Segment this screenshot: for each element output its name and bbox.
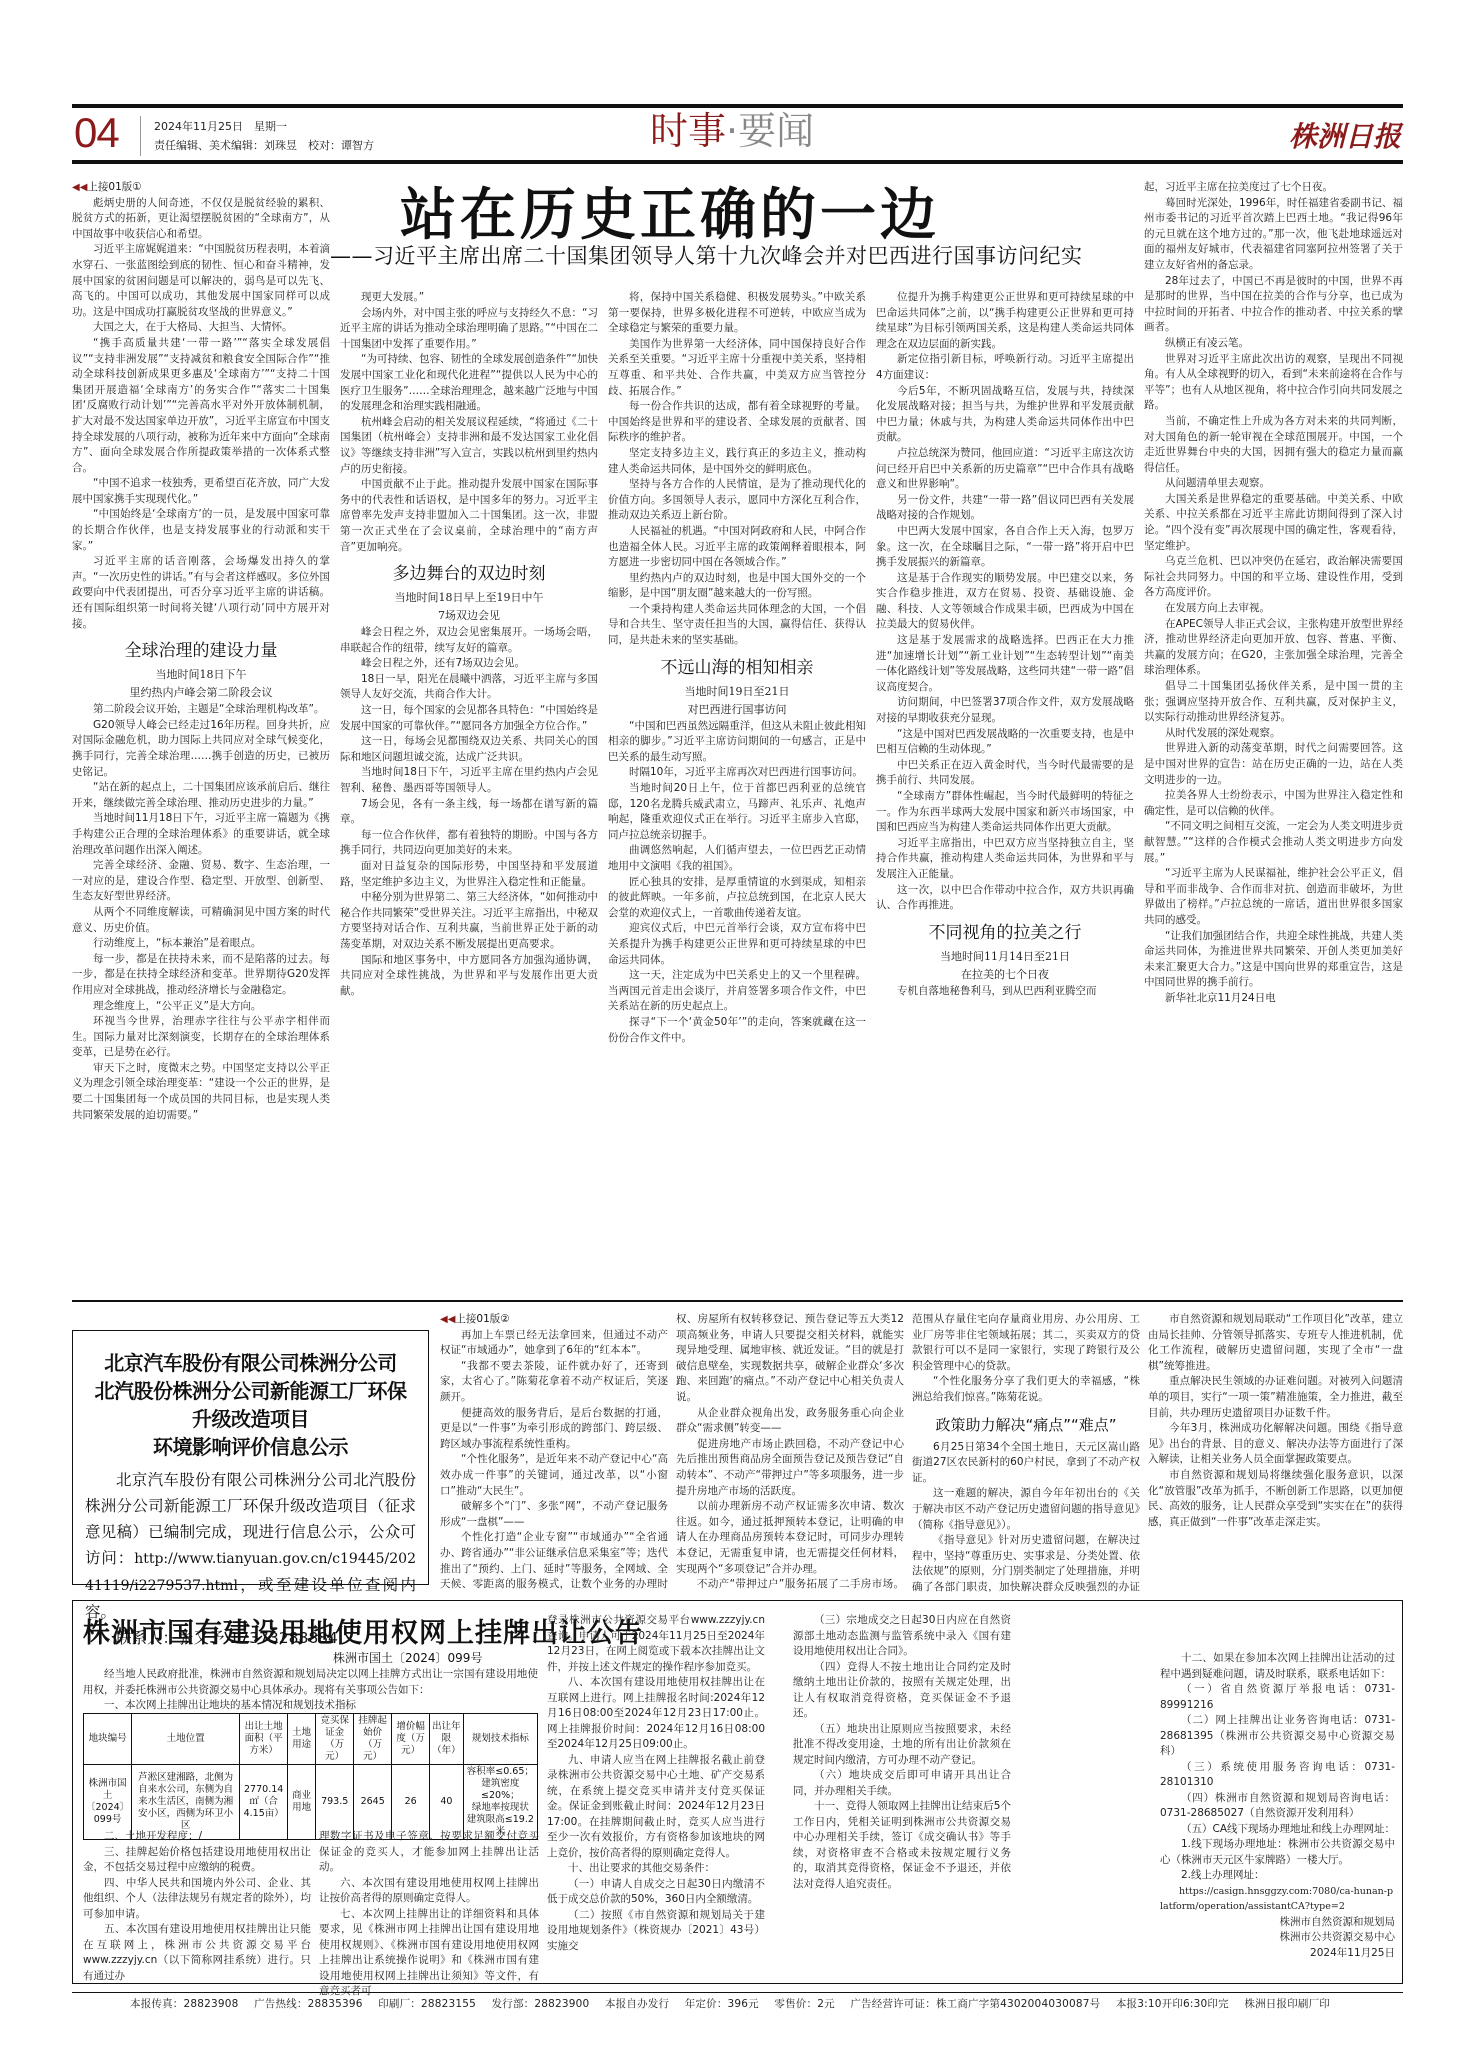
paragraph: 第二阶段会议开始，主题是“全球治理机构改革”。 — [72, 702, 330, 718]
paragraph: 权、房屋所有权转移登记、预告登记等五大类12项高频业务，申请人只要提交相关材料，… — [676, 1312, 904, 1406]
paragraph: 环视当今世界，治理赤字往往与公平赤字相伴而生。国际力量对比深刻演变，长期存在的全… — [72, 1014, 330, 1061]
paragraph: 个性化打造“企业专窗”“市域通办”“全省通办、跨省通办”“非公证继承信息采集室”… — [440, 1530, 668, 1592]
land-notice-column-3: 登录株洲市公共资源交易平台www.zzzyjy.cn查询。申请人可于2024年1… — [547, 1613, 765, 1978]
signoff-date: 2024年11月25日 — [1160, 1946, 1395, 1962]
paragraph: 这一难题的解决，源自今年年初出台的《关于解决市区不动产登记历史遗留问题的指导意见… — [912, 1486, 1140, 1533]
paragraph: 每一步，都是在扶持未来，而不是陷落的过去。每一步，都是在扶持全球经济和变革。世界… — [72, 952, 330, 999]
section-title-dot: · — [726, 109, 738, 153]
paragraph: 从时代发展的深处观察。 — [1144, 726, 1403, 742]
paragraph: 从企业群众视角出发，政务服务重心向企业群众“需求侧”转变—— — [676, 1406, 904, 1437]
land-notice-column-1: 二、土地开发程度：/ 三、挂牌起始价格包括建设用地使用权出让金，不包括交易过程中… — [83, 1829, 311, 1984]
second-article-column-4: 市自然资源和规划局联动“工作项目化”改革，建立由局长挂帅、分管领导抓落实、专班专… — [1148, 1312, 1403, 1592]
article-column-3: 将，保持中国关系稳健、积极发展势头。”中欧关系第一要保持，世界多极化进程不可逆转… — [608, 290, 866, 1295]
paragraph: 当地时间18日下午，习近平主席在里约热内卢会见智利、秘鲁、墨西哥等国领导人。 — [340, 765, 598, 796]
paragraph: 人民福祉的机遇。“中国对阿政府和人民，中阿合作也造福全体人民。习近平主席的政策阐… — [608, 524, 866, 571]
paragraph: 中巴关系正在迈入黄金时代，当今时代最需要的是携手前行、共同发展。 — [876, 758, 1134, 789]
paragraph: 从两个不同维度解读，可精确洞见中国方案的时代意义、历史价值。 — [72, 905, 330, 936]
second-article-column-1: ◀◀上接01版② 再加上车票已经无法拿回来，但通过不动产权证“市域通办”，她拿到… — [440, 1312, 668, 1592]
dateline: 当地时间11月14日至21日 — [876, 948, 1134, 966]
second-article-column-3: 范围从存量住宅向存量商业用房、办公用房、工业厂房等非住宅领域拓展；其二，买卖双方… — [912, 1312, 1140, 1592]
column-header: 增价幅度（万元） — [392, 1714, 430, 1765]
footer-self-distribution: 本报自办发行 — [605, 1998, 669, 2010]
column-header: 土地用途 — [288, 1714, 316, 1765]
paragraph: 探寻“下一个‘黄金50年’”的走向，答案就藏在这一份份合作文件中。 — [608, 1015, 866, 1046]
paragraph: （二）按照《市自然资源和规划局关于建设用地规划条件》（株资规办〔2021〕43号… — [547, 1908, 765, 1955]
paragraph: “中国不追求一枝独秀，更希望百花齐放，同广大发展中国家携手实现现代化。” — [72, 476, 330, 507]
paragraph: （五）CA线下现场办理地址和线上办理网址： — [1160, 1822, 1395, 1838]
paragraph: 在APEC领导人非正式会议，主张构建开放型世界经济，推动世界经济走向更加开放、包… — [1144, 617, 1403, 679]
paragraph: 习近平主席指出，中巴双方应当坚持独立自主，坚持合作共赢，推动构建人类命运共同体，… — [876, 836, 1134, 883]
notice-title-line2: 北汽股份株洲分公司新能源工厂环保升级改造项目 — [85, 1377, 416, 1433]
paragraph: 访问期间，中巴签署37项合作文件，双方发展战略对接的早期收获充分显现。 — [876, 695, 1134, 726]
masthead-meta: 2024年11月25日 星期一 责任编辑、美术编辑：刘珠昱 校对：谭智方 — [154, 117, 374, 155]
land-notice-doc-number: 株洲市国土〔2024〕099号 — [333, 1649, 482, 1666]
paragraph: 习近平主席的话音刚落，会场爆发出持久的掌声。“一次历史性的讲话。”有与会者这样感… — [72, 554, 330, 632]
paragraph: （一）申请人自成交之日起30日内缴清不低于成交总价款的50%，360日内全额缴清… — [547, 1877, 765, 1908]
paragraph: 18日一早，阳光在晨曦中洒落，习近平主席与多国领导人友好交流，共商合作大计。 — [340, 672, 598, 703]
column-header: 出让土地面积（平方米） — [240, 1714, 288, 1765]
paragraph: 这一日，每场会见都围绕双边关系、共同关心的国际和地区问题坦诚交流，达成广泛共识。 — [340, 734, 598, 765]
contact-phone-2: （二）网上挂牌出让业务咨询电话：0731-28681395（株洲市公共资源交易中… — [1160, 1713, 1395, 1760]
paragraph: 今年3月，株洲成功化解解决问题。围绕《指导意见》出台的背景、目的意义、解决办法等… — [1148, 1421, 1403, 1468]
paragraph: 面对日益复杂的国际形势，中国坚持和平发展道路，坚定维护多边主义，为世界注入稳定性… — [340, 859, 598, 890]
paragraph: 再加上车票已经无法拿回来，但通过不动产权证“市域通办”，她拿到了6年的“红本本”… — [440, 1328, 668, 1359]
paragraph: 这一日，每个国家的会见都各具特色：“中国始终是发展中国家的可靠伙伴。”“愿同各方… — [340, 703, 598, 734]
paragraph: 时隔10年，习近平主席再次对巴西进行国事访问。 — [608, 765, 866, 781]
section-subhead: 不同视角的拉美之行 — [876, 922, 1134, 944]
article-column-4: 位提升为携手构建更公正世界和更可持续星球的中巴命运共同体”之前，以“携手构建更公… — [876, 290, 1134, 1295]
signoff-bureau: 株洲市自然资源和规划局 — [1160, 1915, 1395, 1931]
column-header: 竞买保证金（万元） — [316, 1714, 354, 1765]
paragraph: 这是基于合作现实的顺势发展。中巴建交以来，务实合作稳步推进，双方在贸易、投资、基… — [876, 571, 1134, 633]
editors-line: 责任编辑、美术编辑：刘珠昱 校对：谭智方 — [154, 136, 374, 155]
masthead-separator — [140, 116, 141, 156]
paragraph: （四）竞得人不按土地出让合同约定及时缴纳土地出让价款的，按照有关规定处理，出让人… — [793, 1660, 1011, 1722]
section-subhead: 全球治理的建设力量 — [72, 640, 330, 662]
paragraph: 大国之大，在于大格局、大担当、大情怀。 — [72, 320, 330, 336]
section-title: 一、本次网上挂牌出让地块的基本情况和规划技术指标 — [83, 1698, 538, 1714]
paragraph: 坚持与各方合作的人民情谊，是为了推动现代化的价值方向。多国领导人表示，愿同中方深… — [608, 477, 866, 524]
paragraph: 会场内外，对中国主张的呼应与支持经久不息：“习近平主席的讲话为推动全球治理明确了… — [340, 306, 598, 353]
article-column-2: 现更大发展。” 会场内外，对中国主张的呼应与支持经久不息：“习近平主席的讲话为推… — [340, 290, 598, 1295]
paragraph: 将，保持中国关系稳健、积极发展势头。”中欧关系第一要保持，世界多极化进程不可逆转… — [608, 290, 866, 337]
dateline-event: 里约热内卢峰会第二阶段会议 — [72, 684, 330, 702]
paragraph: 世界进入新的动荡变革期，时代之问需要回答。这是中国对世界的宣告：站在历史正确的一… — [1144, 741, 1403, 788]
paragraph: 一个秉持构建人类命运共同体理念的大国，一个倡导和合共生、坚守责任担当的大国，赢得… — [608, 602, 866, 649]
column-header: 规划技术指标 — [463, 1714, 537, 1765]
paragraph: 登录株洲市公共资源交易平台www.zzzyjy.cn查询。申请人可于2024年1… — [547, 1613, 765, 1675]
paragraph: 完善全球经济、金融、贸易、数字、生态治理，一一对应的是，建设合作型、稳定型、开放… — [72, 858, 330, 905]
paper-logo: 株洲日报 — [1289, 115, 1401, 155]
jump-arrow-icon: ◀◀ — [72, 182, 87, 193]
paragraph: 四、中华人民共和国境内外公司、企业、其他组织、个人（法律法规另有规定者的除外），… — [83, 1876, 311, 1923]
paragraph: 十二、如果在参加本次网上挂牌出让活动的过程中遇到疑难问题，请及时联系，联系电话如… — [1160, 1651, 1395, 1682]
environmental-notice-box: 北京汽车股份有限公司株洲分公司 北汽股份株洲分公司新能源工厂环保升级改造项目 环… — [72, 1330, 429, 1585]
paragraph: 七、本次网上挂牌出让的详细资料和具体要求，见《株洲市网上挂牌出让国有建设用地使用… — [319, 1907, 539, 2000]
paragraph: 十一、竞得人领取网上挂牌出让结束后5个工作日内，凭相关证明到株洲市公共资源交易中… — [793, 1799, 1011, 1892]
paragraph: “这是中国对巴西发展战略的一次重要支持，也是中巴相互信赖的生动体现。” — [876, 727, 1134, 758]
footer-printer: 株洲日报印刷厂印 — [1244, 1998, 1330, 2010]
paragraph: 当地时间11月18日下午，习近平主席一篇题为《携手构建公正合理的全球治理体系》的… — [72, 811, 330, 858]
dateline-event: 对巴西进行国事访问 — [608, 701, 866, 719]
paragraph: 中秘分别为世界第二、第三大经济体，“如何推动中秘合作共同繁荣”受世界关注。习近平… — [340, 890, 598, 952]
section-title-part2: 要闻 — [738, 109, 814, 153]
jump-from-label: ◀◀上接01版① — [72, 180, 330, 196]
dateline-event: 7场双边会见 — [340, 607, 598, 625]
paragraph: “习近平主席为人民谋福祉，维护社会公平正义，倡导和平而非战争、合作而非对抗、创造… — [1144, 866, 1403, 928]
footer-ad-hotline: 广告热线：28835396 — [254, 1998, 363, 2010]
paragraph: 理念维度上，“公平正义”是大方向。 — [72, 999, 330, 1015]
footer-ad-license: 广告经营许可证：株工商广字第4302004030087号 — [850, 1998, 1100, 2010]
column-header: 土地位置 — [132, 1714, 240, 1765]
paragraph: 拉美各界人士纷纷表示，中国为世界注入稳定性和确定性，是可以信赖的伙伴。 — [1144, 788, 1403, 819]
paragraph: 经当地人民政府批准，株洲市自然资源和规划局决定以网上挂牌方式出让一宗国有建设用地… — [83, 1667, 538, 1698]
land-notice-column-4: （三）宗地成交之日起30日内应在自然资源部土地动态监测与监管系统中录入《国有建设… — [793, 1613, 1011, 1978]
column-header: 挂牌起始价（万元） — [354, 1714, 392, 1765]
paragraph: 行动维度上，“标本兼治”是着眼点。 — [72, 936, 330, 952]
paragraph: 中国贡献不止于此。推动提升发展中国家在国际事务中的代表性和话语权，是中国多年的努… — [340, 477, 598, 555]
paragraph: 每一份合作共识的达成，都有着全球视野的考量。中国始终是世界和平的建设者、全球发展… — [608, 399, 866, 446]
main-subheadline: ——习近平主席出席二十国集团领导人第十九次峰会并对巴西进行国事访问纪实 — [330, 246, 1083, 267]
section-title-part1: 时事 — [650, 109, 726, 153]
page-number: 04 — [74, 112, 119, 154]
column-header: 地块编号 — [84, 1714, 132, 1765]
issue-date: 2024年11月25日 星期一 — [154, 117, 374, 136]
jump-from-label: ◀◀上接01版② — [440, 1312, 668, 1328]
masthead-top-rule — [72, 104, 1403, 108]
contact-phone-4: （四）株洲市自然资源和规划局咨询电话：0731-28685027（自然资源开发利… — [1160, 1791, 1395, 1822]
paragraph: 这一次，以中巴合作带动中拉合作，双方共识再确认、合作再推进。 — [876, 883, 1134, 914]
paragraph: 破解多个“门”、多张“网”，不动产登记服务形成“一盘棋”—— — [440, 1499, 668, 1530]
land-parcel-table: 地块编号 土地位置 出让土地面积（平方米） 土地用途 竞买保证金（万元） 挂牌起… — [83, 1713, 538, 1840]
paragraph: “携手高质量共建‘一带一路’”“落实全球发展倡议”“支持非洲发展”“支持减贫和粮… — [72, 336, 330, 476]
paragraph: 五、本次国有建设用地使用权挂牌出让只能在互联网上，株洲市公共资源交易平台www.… — [83, 1922, 311, 1984]
paragraph: 以前办理新房不动产权证需多次申请、数次往返。如今，通过抵押预转本登记，让明确的申… — [676, 1499, 904, 1577]
ca-platform-url-link[interactable]: https://casign.hnsggzy.com:7080/ca-hunan… — [1160, 1884, 1395, 1915]
paragraph: 十、出让要求的其他交易条件： — [547, 1861, 765, 1877]
paragraph: 现更大发展。” — [340, 290, 598, 306]
paragraph: 纵横正有凌云笔。 — [1144, 336, 1403, 352]
dateline: 当地时间18日下午 — [72, 666, 330, 684]
column-header: 出让年限（年） — [430, 1714, 464, 1765]
dateline: 当地时间18日早上至19日中午 — [340, 589, 598, 607]
paragraph: 在发展方向上去审视。 — [1144, 601, 1403, 617]
paragraph: 坚定支持多边主义，践行真正的多边主义，推动构建人类命运共同体，是中国外交的鲜明底… — [608, 446, 866, 477]
paragraph: “站在新的起点上，二十国集团应该承前启后、继往开来，继续做完善全球治理、推动历史… — [72, 780, 330, 811]
footer: 本报传真：28823908 广告热线：28835396 印刷厂：28823155… — [130, 1996, 1342, 2011]
main-headline: 站在历史正确的一边 — [400, 188, 940, 244]
paragraph: 卢拉总统深为赞同，他回应道：“习近平主席这次访问已经开启巴中关系新的历史篇章”“… — [876, 446, 1134, 493]
paragraph: 习近平主席娓娓道来：“中国脱贫历程表明，本着滴水穿石、一张蓝图绘到底的韧性、恒心… — [72, 242, 330, 320]
paragraph: 7场会见，各有一条主线，每一场都在谱写新的篇章。 — [340, 797, 598, 828]
notice-title-line1: 北京汽车股份有限公司株洲分公司 — [85, 1349, 416, 1377]
paragraph: 中巴两大发展中国家，各自合作上天入海，包罗万象。这一次，在全球瞩目之际，“一带一… — [876, 524, 1134, 571]
paragraph: 杭州峰会启动的相关发展议程延续，“将通过《二十国集团（杭州峰会）支持非洲和最不发… — [340, 415, 598, 477]
footer-rule — [72, 1992, 1403, 1993]
paragraph: 匠心独具的安排，是厚重情谊的水到渠成，知相亲的彼此辉映。一年多前，卢拉总统到国，… — [608, 875, 866, 922]
footer-annual-price: 年定价：396元 — [685, 1998, 759, 2010]
paragraph: 六、本次国有建设用地使用权网上挂牌出让按价高者得的原则确定竞得人。 — [319, 1876, 539, 1907]
paragraph: 彪炳史册的人间奇迹，不仅仅是脱贫经验的累积、脱贫方式的拓新，更让渴望摆脱贫困的“… — [72, 196, 330, 243]
land-notice-column-2: 理数字证书及电子签章、按要求足额交付竞买保证金的竞买人，才能参加网上挂牌出让活动… — [319, 1829, 539, 2000]
paragraph: 九、申请人应当在网上挂牌报名截止前登录株洲市公共资源交易中心土地、矿产交易系统，… — [547, 1753, 765, 1862]
section-subhead: 多边舞台的双边时刻 — [340, 563, 598, 585]
paragraph: 《指导意见》针对历史遗留问题，在解决过程中，坚持“尊重历史、实事求是、分类处置、… — [912, 1533, 1140, 1592]
footer-printing-plant: 印刷厂：28823155 — [378, 1998, 476, 2010]
paragraph: “个性化服务”，是近年来不动产登记中心“高效办成一件事”的关键词，通过改革，以“… — [440, 1452, 668, 1499]
paragraph: “个性化服务分享了我们更大的幸福感，“株洲总给我们惊喜。”陈菊花说。 — [912, 1374, 1140, 1405]
paragraph: 专机自落地秘鲁利马，到从巴西利亚腾空而 — [876, 984, 1134, 1000]
paragraph: 另一份文件，共建“一带一路”倡议同巴西有关发展战略对接的合作规划。 — [876, 493, 1134, 524]
contact-phone-1: （一）省自然资源厅举报电话：0731-89991216 — [1160, 1682, 1395, 1713]
paragraph: 起，习近平主席在拉美度过了七个日夜。 — [1144, 180, 1403, 196]
paragraph: 世界对习近平主席此次出访的观察，呈现出不同视角。有人从全球视野的切入，看到“未来… — [1144, 352, 1403, 414]
dateline: 当地时间19日至21日 — [608, 683, 866, 701]
paragraph: 八、本次国有建设用地使用权挂牌出让在互联网上进行。网上挂牌报名时间:2024年1… — [547, 1675, 765, 1753]
paragraph: 每一位合作伙伴，都有着独特的期盼。中国与各方携手同行，共同迈向更加美好的未来。 — [340, 828, 598, 859]
paragraph: 促进房地产市场止跌回稳，不动产登记中心先后推出预售商品房全面预告登记及预告登记“… — [676, 1437, 904, 1499]
paragraph: 1.线下现场办理地址：株洲市公共资源交易中心（株洲市天元区牛家牌路）一楼大厅。 — [1160, 1837, 1395, 1868]
jump-arrow-icon: ◀◀ — [440, 1314, 455, 1325]
paragraph: 范围从存量住宅向存量商业用房、办公用房、工业厂房等非住宅领域拓展；其二，买卖双方… — [912, 1312, 1140, 1374]
section-divider — [72, 1300, 1403, 1302]
paragraph: 这一天，注定成为中巴关系史上的又一个里程碑。当两国元首走出会谈厅，并肩签署多项合… — [608, 968, 866, 1015]
paragraph: 国际和地区事务中，中方愿同各方加强沟通协调，共同应对全球性挑战，为世界和平与发展… — [340, 953, 598, 1000]
paragraph: 便捷高效的服务背后，是后台数据的打通，更是以“一件事”为牵引形成的跨部门、跨层级… — [440, 1406, 668, 1453]
paragraph: 里约热内卢的双边时刻，也是中国大国外交的一个缩影，是中国“朋友圈”越来越大的一份… — [608, 571, 866, 602]
paragraph: 不动产“带押过户”服务拓展了二手房市场。今年，株洲常态化开展“带押过户”服务，带… — [676, 1577, 904, 1592]
paragraph: 审天下之时，度微末之势。中国坚定支持以公平正义为理念引领全球治理变革：“建设一个… — [72, 1061, 330, 1123]
dateline-event: 在拉美的七个日夜 — [876, 966, 1134, 984]
paragraph: 三、挂牌起始价格包括建设用地使用权出让金，不包括交易过程中应缴纳的税费。 — [83, 1845, 311, 1876]
paragraph: 蓦回时光深处，1996年，时任福建省委副书记、福州市委书记的习近平首次踏上巴西土… — [1144, 196, 1403, 274]
paragraph: 2.线上办理网址： — [1160, 1868, 1395, 1884]
paragraph: 28年过去了，中国已不再是彼时的中国，世界不再是那时的世界，当中国在拉美的合作与… — [1144, 274, 1403, 336]
footer-retail-price: 零售价：2元 — [774, 1998, 834, 2010]
paragraph: 乌克兰危机、巴以冲突仍在延宕，政治解决需要国际社会共同努力。中国的和平立场、建设… — [1144, 554, 1403, 601]
paragraph: （三）宗地成交之日起30日内应在自然资源部土地动态监测与监管系统中录入《国有建设… — [793, 1613, 1011, 1660]
paragraph: 6月25日第34个全国土地日，天元区嵩山路街道27区农民新村的60户村民，拿到了… — [912, 1440, 1140, 1487]
paragraph: 当地时间20日上午，位于首都巴西利亚的总统官邸，120名龙腾兵威武肃立，马蹄声、… — [608, 781, 866, 843]
land-notice-column-5: 十二、如果在参加本次网上挂牌出让活动的过程中遇到疑难问题，请及时联系，联系电话如… — [1160, 1651, 1395, 1981]
paragraph: “全球南方”群体性崛起，当今时代最鲜明的特征之一。作为东西半球两大发展中国家和新… — [876, 789, 1134, 836]
paragraph: 新定位指引新目标，呼唤新行动。习近平主席提出4方面建议： — [876, 352, 1134, 383]
masthead-bottom-rule — [72, 160, 1403, 164]
article-byline: 新华社北京11月24日电 — [1144, 991, 1403, 1007]
paragraph: “为可持续、包容、韧性的全球发展创造条件”“加快发展中国家工业化和现代化进程”“… — [340, 352, 598, 414]
article-column-5: 起，习近平主席在拉美度过了七个日夜。 蓦回时光深处，1996年，时任福建省委副书… — [1144, 180, 1403, 1295]
paragraph: “让我们加强团结合作，共迎全球性挑战，共建人类命运共同体，为推进世界共同繁荣、开… — [1144, 929, 1403, 991]
paragraph: 位提升为携手构建更公正世界和更可持续星球的中巴命运共同体”之前，以“携手构建更公… — [876, 290, 1134, 352]
paragraph: 从问题清单里去观察。 — [1144, 476, 1403, 492]
notice-title-line3: 环境影响评价信息公示 — [85, 1433, 416, 1461]
paragraph: 市自然资源和规划局将继续强化服务意识，以深化“放管服”改革为抓手，不断创新工作思… — [1148, 1468, 1403, 1530]
paragraph: 倡导二十国集团弘扬伙伴关系，是中国一贯的主张；强调应坚持开放合作、互利共赢，反对… — [1144, 679, 1403, 726]
article-column-1: ◀◀上接01版① 彪炳史册的人间奇迹，不仅仅是脱贫经验的累积、脱贫方式的拓新，更… — [72, 180, 330, 1295]
paragraph: 重点解决民生领域的办证难问题。对被列入问题清单的项目，实行“一项一策”精准施策，… — [1148, 1374, 1403, 1421]
paragraph: “中国和巴西虽然远隔重洋，但这从未阻止彼此相知相亲的脚步。”习近平主席访问期间的… — [608, 719, 866, 766]
section-subhead: 政策助力解决“痛点”“难点” — [912, 1414, 1140, 1436]
paragraph: “我都不要去茶陵，证件就办好了，还寄到家，太省心了。”陈菊花拿着不动产权证后，笑… — [440, 1359, 668, 1406]
paragraph: “中国始终是‘全球南方’的一员，是发展中国家可靠的长期合作伙伴，也是支持发展事业… — [72, 507, 330, 554]
section-title: 时事·要闻 — [650, 112, 814, 150]
paragraph: 曲调悠然响起，人们循声望去，一位巴西艺正动情地用中文演唱《我的祖国》。 — [608, 843, 866, 874]
paragraph: 当前，不确定性上升成为各方对未来的共同判断，对大国角色的新一轮审视在全球范围展开… — [1144, 414, 1403, 476]
land-auction-notice-box: 株洲市国有建设用地使用权网上挂牌出让公告 株洲市国土〔2024〕099号 经当地… — [72, 1600, 1403, 1984]
table-header-row: 地块编号 土地位置 出让土地面积（平方米） 土地用途 竞买保证金（万元） 挂牌起… — [84, 1714, 538, 1765]
paragraph: 二、土地开发程度：/ — [83, 1829, 311, 1845]
second-article-column-2: 权、房屋所有权转移登记、预告登记等五大类12项高频业务，申请人只要提交相关材料，… — [676, 1312, 904, 1592]
footer-fax: 本报传真：28823908 — [130, 1998, 239, 2010]
footer-distribution: 发行部：28823900 — [492, 1998, 590, 2010]
paragraph: （五）地块出让原则应当按照要求，未经批准不得改变用途，土地的所有出让价款须在规定… — [793, 1722, 1011, 1769]
paragraph: 迎宾仪式后，中巴元首举行会谈，双方宣布将中巴关系提升为携手构建更公正世界和更可持… — [608, 921, 866, 968]
footer-print-time: 本报3:10开印6:30印完 — [1116, 1998, 1229, 2010]
paragraph: 今后5年，不断巩固战略互信，发展与共，持续深化发展战略对接；担当与共，为维护世界… — [876, 384, 1134, 446]
paragraph: 这是基于发展需求的战略选择。巴西正在大力推进“加速增长计划”“新工业计划”“生态… — [876, 633, 1134, 695]
paragraph: G20领导人峰会已经走过16年历程。回身共折，应对国际金融危机，助力国际上共同应… — [72, 718, 330, 780]
paragraph: 理数字证书及电子签章、按要求足额交付竞买保证金的竞买人，才能参加网上挂牌出让活动… — [319, 1829, 539, 1876]
paragraph: 峰会日程之外，双边会见密集展开。一场场会晤，串联起合作的纽带，续写友好的篇章。 — [340, 625, 598, 656]
section-subhead: 不远山海的相知相亲 — [608, 657, 866, 679]
paragraph: 峰会日程之外，还有7场双边会见。 — [340, 656, 598, 672]
paragraph: “不同文明之间相互交流，一定会为人类文明进步贡献智慧。”“这样的合作模式会推动人… — [1144, 819, 1403, 866]
paragraph: 大国关系是世界稳定的重要基础。中美关系、中欧关系、中拉关系都在习近平主席此访期间… — [1144, 492, 1403, 554]
signoff-exchange-center: 株洲市公共资源交易中心 — [1160, 1930, 1395, 1946]
paragraph: 市自然资源和规划局联动“工作项目化”改革，建立由局长挂帅、分管领导抓落实、专班专… — [1148, 1312, 1403, 1374]
paragraph: （六）地块成交后即可申请开具出让合同，并办理相关手续。 — [793, 1768, 1011, 1799]
land-notice-intro: 经当地人民政府批准，株洲市自然资源和规划局决定以网上挂牌方式出让一宗国有建设用地… — [83, 1667, 538, 1714]
contact-phone-3: （三）系统使用服务咨询电话：0731-28101310 — [1160, 1760, 1395, 1791]
paragraph: 美国作为世界第一大经济体，同中国保持良好合作关系至关重要。“习近平主席十分重视中… — [608, 337, 866, 399]
